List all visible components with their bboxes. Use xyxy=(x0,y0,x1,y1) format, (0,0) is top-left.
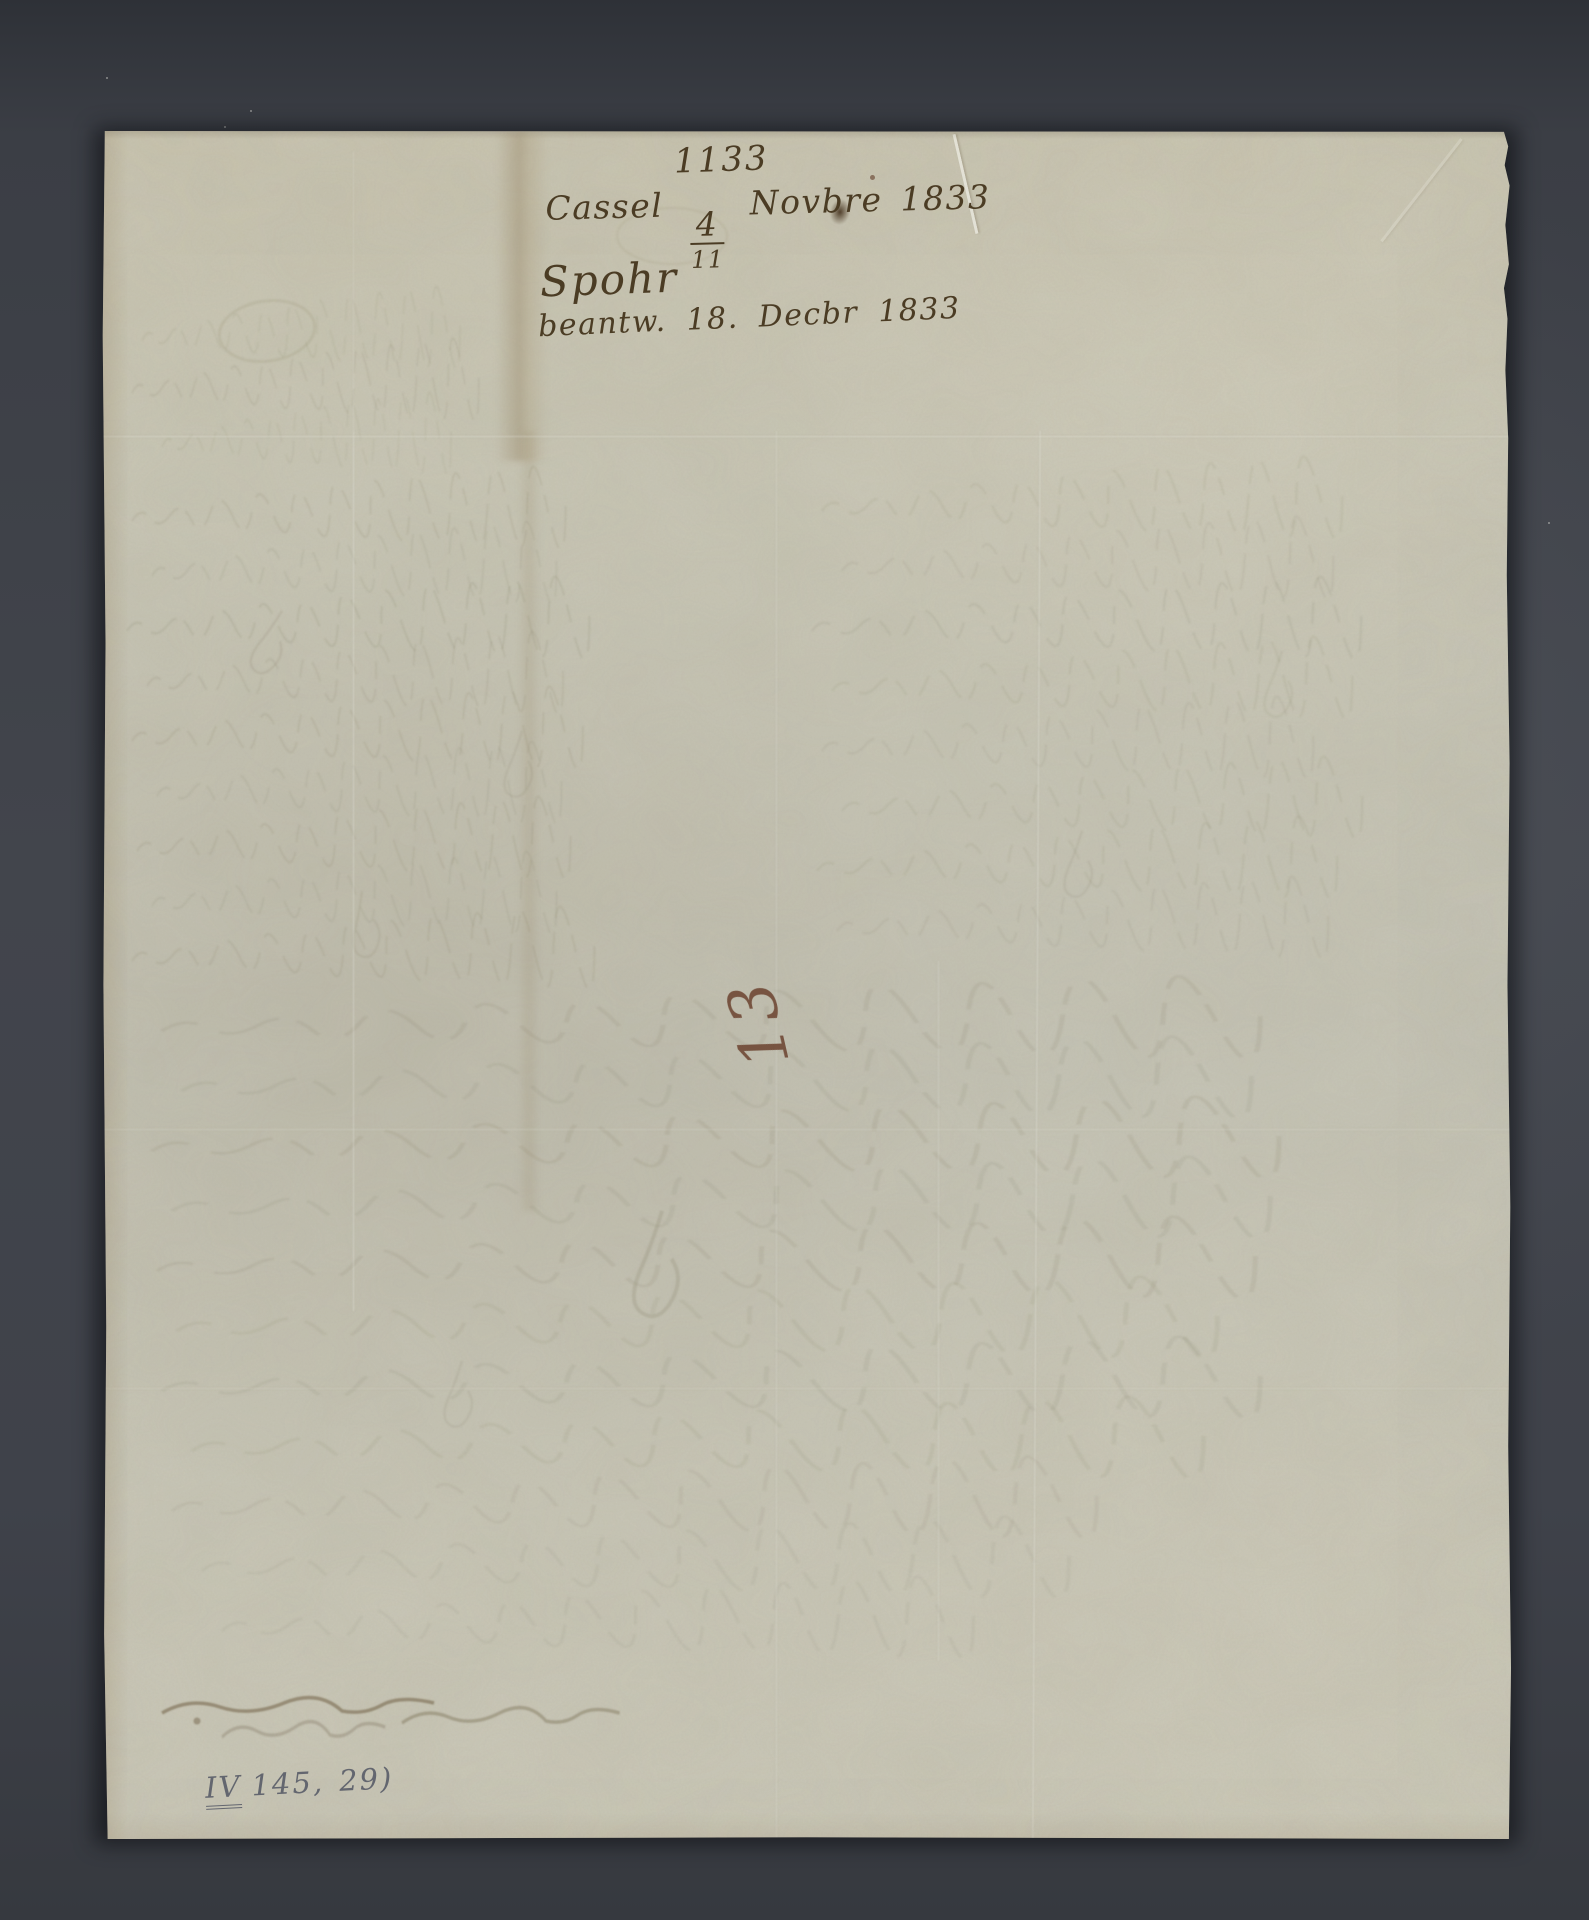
dust-speck xyxy=(106,77,108,79)
crease-vertical-left xyxy=(352,431,355,1311)
place-name: Cassel xyxy=(545,186,664,228)
fold-horizontal-middle xyxy=(102,1128,1511,1131)
fraction-numerator: 4 xyxy=(689,207,724,245)
dust-speck xyxy=(1548,522,1550,524)
shelfmark-reference: 145, 29) xyxy=(251,1761,395,1802)
fold-horizontal-lower xyxy=(102,1387,1511,1390)
registry-number: 1133 xyxy=(673,141,769,178)
edge-shading-top xyxy=(102,131,1511,139)
shelfmark-series: IV xyxy=(204,1769,242,1810)
paper-texture-and-bleedthrough xyxy=(102,131,1511,1839)
dust-speck xyxy=(250,110,252,112)
letter-paper: 1133 Cassel 4 11 Novbre 1833 Spohr beant… xyxy=(102,131,1511,1839)
fold-horizontal-upper xyxy=(102,435,1511,438)
shelfmark: IV145, 29) xyxy=(204,1764,394,1803)
date-fraction: 4 11 xyxy=(689,207,725,272)
crease-vertical-center xyxy=(775,431,778,1839)
crease-vertical-topleft xyxy=(352,151,355,431)
scan-background: 1133 Cassel 4 11 Novbre 1833 Spohr beant… xyxy=(0,0,1589,1920)
crease-vertical-right xyxy=(1031,431,1041,1839)
bleedthrough-strokes xyxy=(127,208,1362,1737)
crease-vertical-midright xyxy=(937,961,940,1661)
fraction-denominator: 11 xyxy=(691,244,725,272)
crease-corner-topright xyxy=(1380,138,1462,242)
foliation-mark: 13 xyxy=(717,972,799,1074)
edge-shading-left xyxy=(102,131,128,1839)
edge-shading-bottom xyxy=(102,1813,1511,1839)
sender-name: Spohr xyxy=(539,257,678,304)
month-year: Novbre 1833 xyxy=(749,177,991,222)
fold-stain-tail xyxy=(518,431,540,1211)
